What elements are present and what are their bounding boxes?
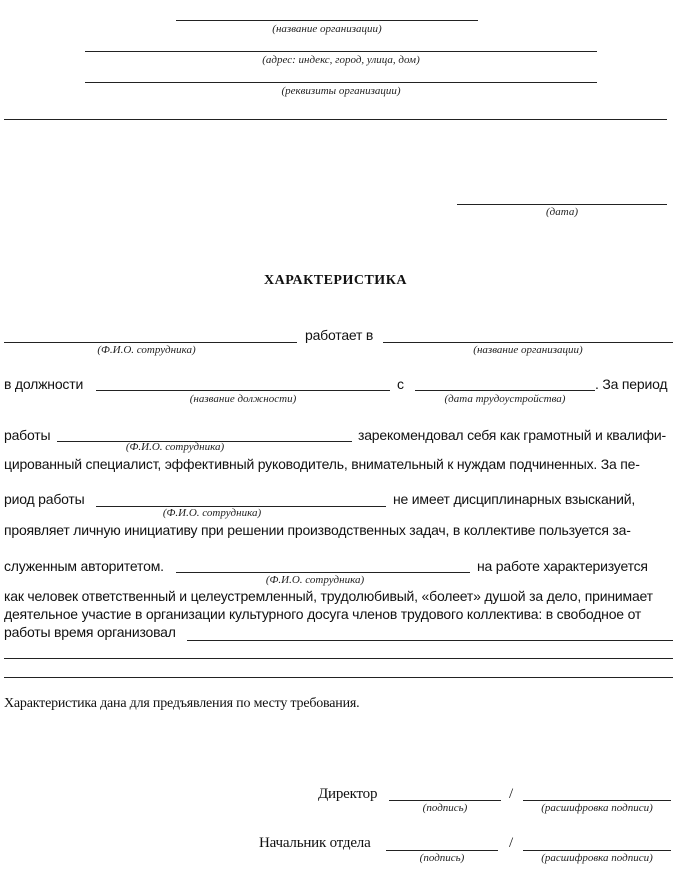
address-caption: (адрес: индекс, город, улица, дом) (85, 54, 597, 66)
line7-suffix: на работе характеризуется (477, 558, 648, 574)
department-head-separator: / (509, 835, 513, 852)
header-divider (4, 119, 667, 120)
employee-name-caption-2: (Ф.И.О. сотрудника) (57, 441, 293, 453)
employee-name-caption-3: (Ф.И.О. сотрудника) (96, 507, 328, 519)
date-field[interactable] (457, 204, 667, 205)
activities-field-3[interactable] (4, 677, 673, 678)
line10-prefix: работы время организовал (4, 624, 176, 640)
department-head-decoding-field[interactable] (523, 850, 671, 851)
activities-field-2[interactable] (4, 658, 673, 659)
department-head-signature-field[interactable] (386, 850, 498, 851)
organization-caption: (название организации) (383, 344, 673, 356)
line8-text: как человек ответственный и целеустремле… (4, 588, 653, 604)
line9-text: деятельное участие в организации культур… (4, 606, 641, 622)
line4-text: цированный специалист, эффективный руков… (4, 456, 640, 472)
since-text: с (397, 376, 404, 392)
director-signature-field[interactable] (389, 800, 501, 801)
line5-prefix: риод работы (4, 491, 85, 507)
document-title: ХАРАКТЕРИСТИКА (264, 273, 407, 289)
position-caption: (название должности) (96, 393, 390, 405)
hire-date-caption: (дата трудоустройства) (415, 393, 595, 405)
director-decoding-caption: (расшифровка подписи) (523, 802, 671, 814)
line3-prefix: работы (4, 427, 50, 443)
line7-prefix: служенным авторитетом. (4, 558, 164, 574)
employee-name-field-4[interactable] (176, 572, 470, 573)
hire-date-field[interactable] (415, 390, 595, 391)
closing-text: Характеристика дана для предъявления по … (4, 696, 359, 712)
director-signature-caption: (подпись) (389, 802, 501, 814)
line3-suffix: зарекомендовал себя как грамотный и квал… (358, 427, 666, 443)
activities-field-1[interactable] (187, 640, 673, 641)
director-separator: / (509, 786, 513, 803)
organization-field[interactable] (383, 342, 673, 343)
address-field[interactable] (85, 51, 597, 52)
line5-suffix: не имеет дисциплинарных взысканий, (393, 491, 635, 507)
director-label: Директор (318, 786, 377, 803)
employee-name-field-1[interactable] (4, 342, 297, 343)
date-caption: (дата) (457, 206, 667, 218)
department-head-decoding-caption: (расшифровка подписи) (523, 852, 671, 864)
org-name-caption: (название организации) (176, 23, 478, 35)
works-at-text: работает в (305, 327, 373, 343)
position-prefix: в должности (4, 376, 83, 392)
org-name-field[interactable] (176, 20, 478, 21)
requisites-field[interactable] (85, 82, 597, 83)
department-head-signature-caption: (подпись) (386, 852, 498, 864)
line6-text: проявляет личную инициативу при решении … (4, 522, 631, 538)
director-decoding-field[interactable] (523, 800, 671, 801)
employee-name-caption-4: (Ф.И.О. сотрудника) (176, 574, 454, 586)
department-head-label: Начальник отдела (259, 835, 371, 852)
position-field[interactable] (96, 390, 390, 391)
employee-name-caption-1: (Ф.И.О. сотрудника) (4, 344, 289, 356)
period-suffix: . За период (595, 376, 667, 392)
requisites-caption: (реквизиты организации) (85, 85, 597, 97)
